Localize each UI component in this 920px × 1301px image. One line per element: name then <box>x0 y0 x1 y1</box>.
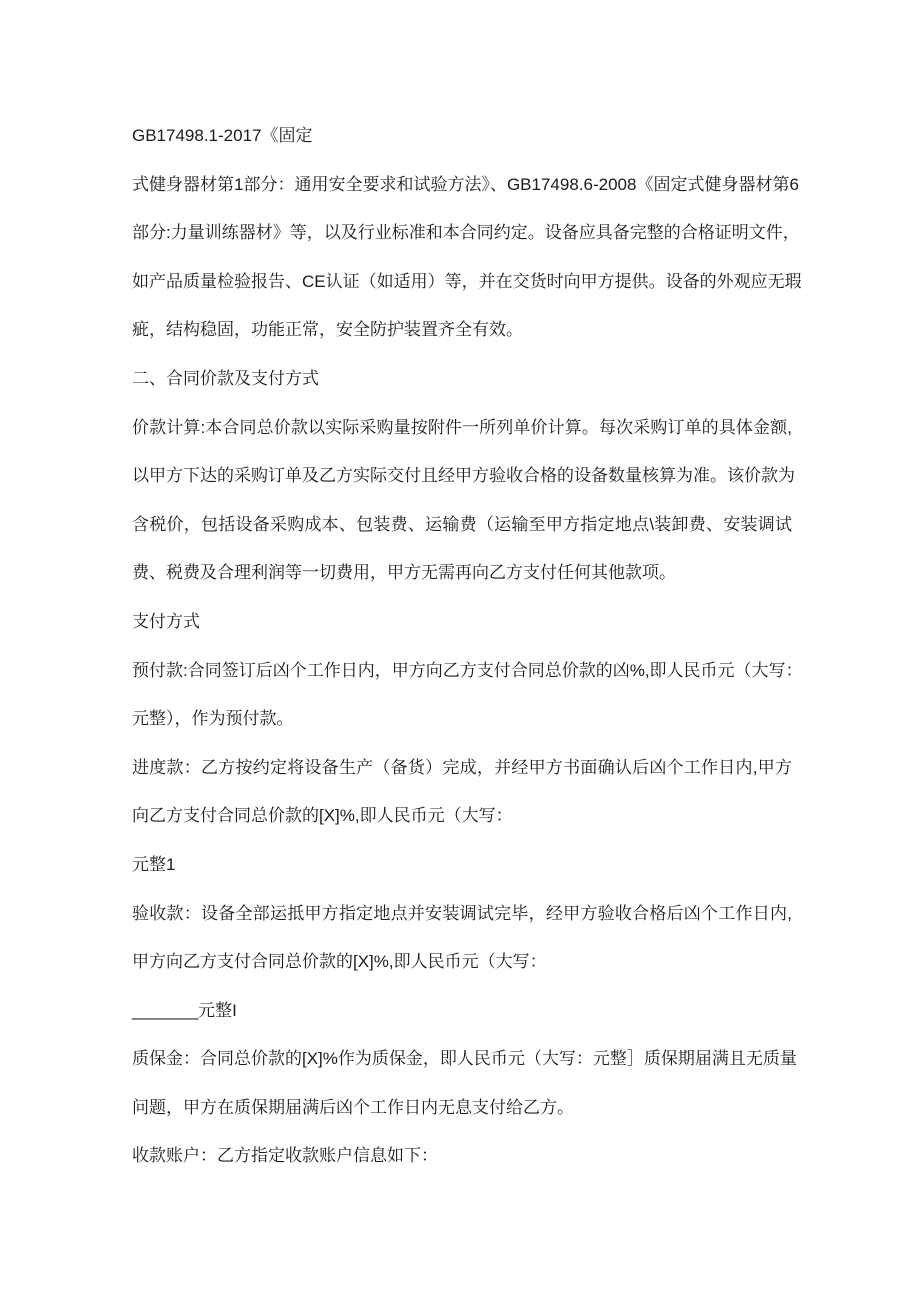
payment-method-subheading: 支付方式 <box>132 598 792 647</box>
price-calculation-line: 费、税费及合理利润等一切费用，甲方无需再向乙方支付任何其他款项。 <box>132 549 792 598</box>
quality-clause-line: 如产品质量检验报告、CE认证（如适用）等，并在交货时向甲方提供。设备的外观应无瑕 <box>132 258 792 307</box>
contract-page-body: GB17498.1-2017《固定 式健身器材第1部分：通用安全要求和试验方法》… <box>0 0 920 1181</box>
price-calculation-line: 含税价，包括设备采购成本、包装费、运输费（运输至甲方指定地点\装卸费、安装调试 <box>132 501 792 550</box>
quality-clause-line: 式健身器材第1部分：通用安全要求和试验方法》、GB17498.6-2008《固定… <box>132 161 792 210</box>
quality-clause-line: 疵，结构稳固，功能正常，安全防护装置齐全有效。 <box>132 306 792 355</box>
warranty-retention-clause-line: 质保金：合同总价款的[X]%作为质保金，即人民币元（大写：元整］质保期届满且无质… <box>132 1035 792 1084</box>
prepayment-clause-line: 预付款:合同签订后凶个工作日内，甲方向乙方支付合同总价款的凶%,即人民币元（大写… <box>132 647 792 696</box>
section-heading-price-payment: 二、合同价款及支付方式 <box>132 355 792 404</box>
price-calculation-line: 价款计算:本合同总价款以实际采购量按附件一所列单价计算。每次采购订单的具体金额, <box>132 404 792 453</box>
payment-account-line: 收款账户：乙方指定收款账户信息如下： <box>132 1132 792 1181</box>
quality-clause-line: 部分:力量训练器材》等，以及行业标准和本合同约定。设备应具备完整的合格证明文件， <box>132 209 792 258</box>
quality-clause-line: GB17498.1-2017《固定 <box>132 112 792 161</box>
progress-payment-clause-line: 向乙方支付合同总价款的[X]%,即人民币元（大写： <box>132 792 792 841</box>
acceptance-payment-clause-line: 验收款：设备全部运抵甲方指定地点并安装调试完毕，经甲方验收合格后凶个工作日内, <box>132 890 792 939</box>
warranty-retention-clause-line: 问题，甲方在质保期届满后凶个工作日内无息支付给乙方。 <box>132 1084 792 1133</box>
prepayment-clause-line: 元整），作为预付款。 <box>132 695 792 744</box>
acceptance-payment-clause-line: 甲方向乙方支付合同总价款的[X]%,即人民币元（大写： <box>132 938 792 987</box>
price-calculation-line: 以甲方下达的采购订单及乙方实际交付且经甲方验收合格的设备数量核算为准。该价款为 <box>132 452 792 501</box>
progress-payment-clause-line: 元整1 <box>132 841 792 890</box>
acceptance-payment-blank-line: _______元整I <box>132 987 792 1036</box>
document-page: { "document": { "background_color": "#ff… <box>0 0 920 1301</box>
progress-payment-clause-line: 进度款：乙方按约定将设备生产（备货）完成，并经甲方书面确认后凶个工作日内,甲方 <box>132 744 792 793</box>
